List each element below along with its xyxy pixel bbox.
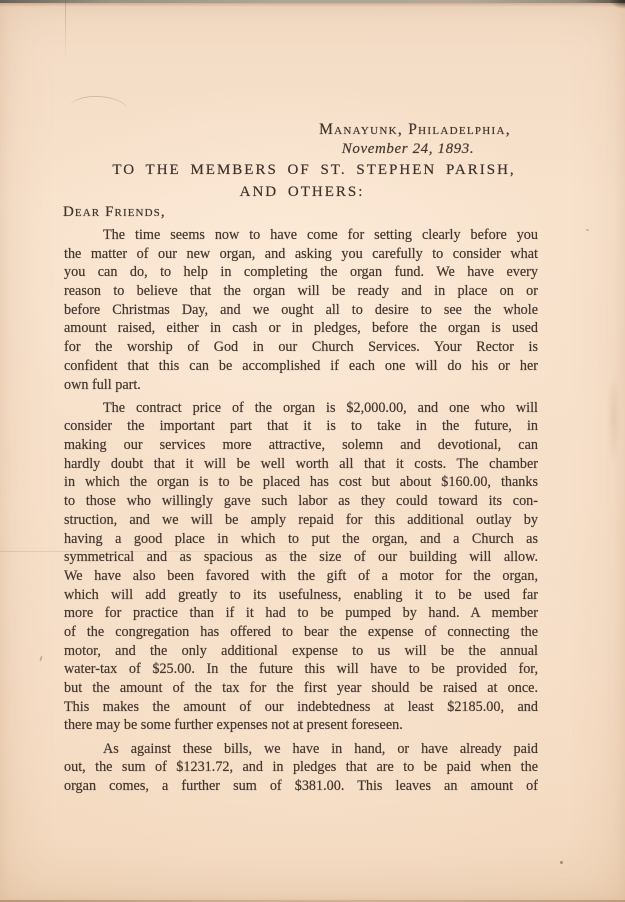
letter-paragraph: As against these bills, we have in hand,… (64, 740, 538, 796)
letter-line: amount raised, either in cash or in pled… (64, 319, 538, 338)
letter-line: but the amount of the tax for the first … (64, 679, 538, 698)
letter-line: water-tax of $25.00. In the future this … (64, 660, 538, 679)
scan-top-edge-shadow (0, 3, 625, 7)
letter-line: symmetrical and as spacious as the size … (64, 548, 538, 567)
letter-line: organ comes, a further sum of $381.00. T… (64, 777, 538, 796)
letter-line: for the worship of God in our Church Ser… (64, 338, 538, 357)
recipient-line-2: AND OTHERS: (240, 184, 365, 201)
paper-crease-arc (70, 94, 129, 110)
letter-line: reason to believe that the organ will be… (64, 282, 538, 301)
scan-corner-smudge (609, 0, 625, 9)
letter-line: of the congregation has offered to bear … (64, 623, 538, 642)
letter-line: which will add greatly to its usefulness… (64, 586, 538, 605)
scanned-letter-page: Manayunk, Philadelphia, November 24, 189… (0, 0, 625, 902)
letter-line: own full part. (64, 376, 538, 395)
letterhead-place: Manayunk, Philadelphia, (319, 121, 511, 139)
letter-line: before Christmas Day, and we ought all t… (64, 301, 538, 320)
letter-line: you can do, to help in completing the or… (64, 263, 538, 282)
letter-paragraph: The contract price of the organ is $2,00… (64, 399, 538, 735)
letter-line: making our services more attractive, sol… (64, 436, 538, 455)
letter-line: hardly doubt that it will be well worth … (64, 455, 538, 474)
recipient-line-1: TO THE MEMBERS OF ST. STEPHEN PARISH, (112, 162, 515, 179)
paper-speck (39, 656, 42, 661)
letter-line: consider the important part that it is t… (64, 417, 538, 436)
letter-body: The time seems now to have come for sett… (64, 226, 538, 800)
paper-speck (560, 861, 563, 864)
letter-line: in which the organ is to be placed has c… (64, 473, 538, 492)
letter-line: The time seems now to have come for sett… (64, 226, 538, 245)
paper-smudge (607, 370, 621, 465)
letter-line: the matter of our new organ, and asking … (64, 245, 538, 264)
letter-line: We have also been favored with the gift … (64, 567, 538, 586)
paper-crease-vertical (65, 0, 66, 62)
letter-line: out, the sum of $1231.72, and in pledges… (64, 758, 538, 777)
letter-line: struction, and we will be amply repaid f… (64, 511, 538, 530)
letter-line: This makes the amount of our indebtednes… (64, 698, 538, 717)
letter-line: there may be some further expenses not a… (64, 716, 538, 735)
letter-line: having a good place in which to put the … (64, 530, 538, 549)
letter-line: more for practice than if it had to be p… (64, 604, 538, 623)
paper-speck (586, 229, 589, 231)
salutation: Dear Friends, (63, 204, 166, 221)
letter-paragraph: The time seems now to have come for sett… (64, 226, 538, 394)
letter-line: The contract price of the organ is $2,00… (64, 399, 538, 418)
letter-line: confident that this can be accomplished … (64, 357, 538, 376)
letter-line: to those who willingly gave such labor a… (64, 492, 538, 511)
letterhead-date: November 24, 1893. (342, 141, 474, 158)
letter-line: motor, and the only additional expense t… (64, 642, 538, 661)
letter-line: As against these bills, we have in hand,… (64, 740, 538, 759)
